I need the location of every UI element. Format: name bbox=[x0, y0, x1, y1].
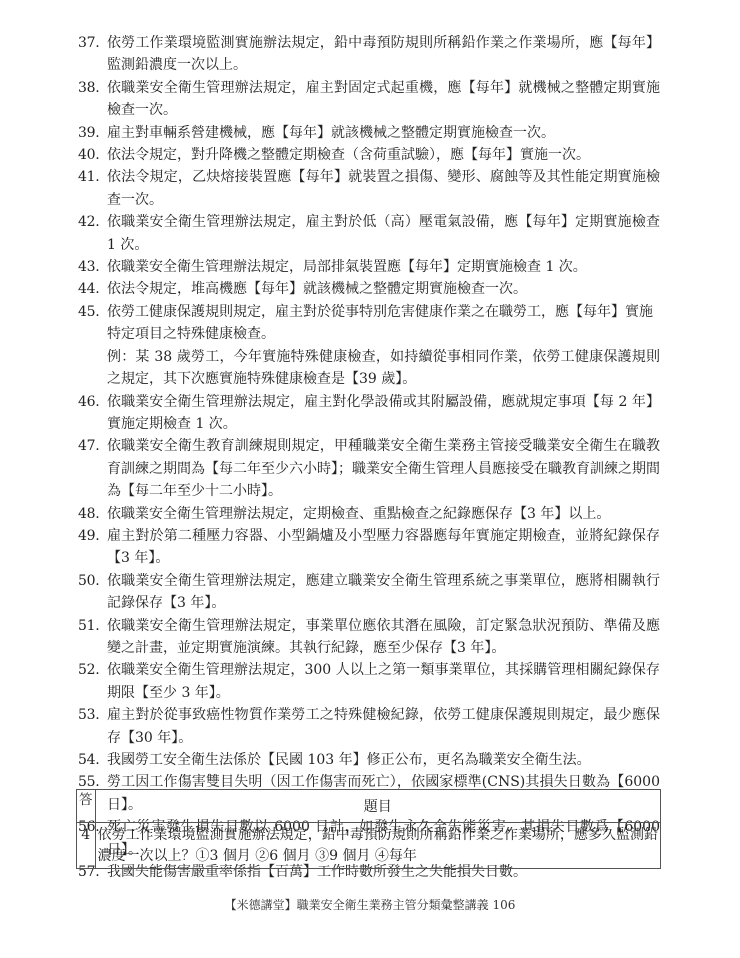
item-number: 39. bbox=[78, 122, 107, 144]
list-item: 37.依勞工作業環境監測實施辦法規定，鉛中毒預防規則所稱鉛作業之作業場所，應【每… bbox=[78, 32, 660, 77]
item-text: 我國勞工安全衛生法係於【民國 103 年】修正公布，更名為職業安全衛生法。 bbox=[107, 749, 660, 771]
question-table: 答 題目 4 依勞工作業環境監測實施辦法規定，鉛中毒預防規則所稱鉛作業之作業場所… bbox=[76, 789, 661, 869]
item-number: 54. bbox=[78, 749, 107, 771]
list-item: 51.依職業安全衛生管理辦法規定，事業單位應依其潛在風險，訂定緊急狀況預防、準備… bbox=[78, 615, 660, 660]
list-item: 38.依職業安全衛生管理辦法規定，雇主對固定式起重機，應【每年】就機械之整體定期… bbox=[78, 77, 660, 122]
item-text: 依勞工健康保護規則規定，雇主對於從事特別危害健康作業之在職勞工，應【每年】實施 bbox=[107, 301, 660, 323]
item-text: 依職業安全衛生管理辦法規定，300 人以上之第一類事業單位，其採購管理相關紀錄保… bbox=[107, 659, 660, 704]
item-number: 50. bbox=[78, 570, 107, 615]
question-column-header: 題目 bbox=[95, 790, 661, 823]
item-text: 依職業安全衛生管理辦法規定，雇主對於低（高）壓電氣設備，應【每年】定期實施檢查 … bbox=[107, 211, 660, 256]
list-item: 39.雇主對車輛系營建機械，應【每年】就該機械之整體定期實施檢查一次。 bbox=[78, 122, 660, 144]
example-text: 例：某 38 歲勞工，今年實施特殊健康檢查，如持續從事相同作業，依勞工健康保護規… bbox=[107, 346, 660, 391]
item-number: 51. bbox=[78, 615, 107, 660]
item-text: 特定項目之特殊健康檢查。 bbox=[107, 323, 660, 345]
answer-column-header: 答 bbox=[77, 790, 96, 823]
item-text: 依職業安全衛生管理辦法規定，應建立職業安全衛生管理系統之事業單位，應將相關執行記… bbox=[107, 570, 660, 615]
list-item: 50.依職業安全衛生管理辦法規定，應建立職業安全衛生管理系統之事業單位，應將相關… bbox=[78, 570, 660, 615]
list-item: 52.依職業安全衛生管理辦法規定，300 人以上之第一類事業單位，其採購管理相關… bbox=[78, 659, 660, 704]
item-number: 38. bbox=[78, 77, 107, 122]
item-text: 依職業安全衛生教育訓練規則規定，甲種職業安全衛生業務主管接受職業安全衛生在職教育… bbox=[107, 435, 660, 502]
item-number: 42. bbox=[78, 211, 107, 256]
item-text: 依職業安全衛生管理辦法規定，局部排氣裝置應【每年】定期實施檢查 1 次。 bbox=[107, 256, 660, 278]
table-header-row: 答 題目 bbox=[77, 790, 661, 823]
item-number: 52. bbox=[78, 659, 107, 704]
item-text: 依法令規定，堆高機應【每年】就該機械之整體定期實施檢查一次。 bbox=[107, 278, 660, 300]
item-number: 47. bbox=[78, 435, 107, 502]
page-footer: 【米德講堂】職業安全衛生業務主管分類彙整講義 106 bbox=[0, 896, 740, 913]
document-page: 37.依勞工作業環境監測實施辦法規定，鉛中毒預防規則所稱鉛作業之作業場所，應【每… bbox=[0, 0, 740, 958]
table-row: 4 依勞工作業環境監測實施辦法規定，鉛中毒預防規則所稱鉛作業之作業場所，應多久監… bbox=[77, 823, 661, 869]
item-text: 依法令規定，對升降機之整體定期檢查（含荷重試驗），應【每年】實施一次。 bbox=[107, 144, 660, 166]
list-item: 48.依職業安全衛生管理辦法規定，定期檢查、重點檢查之紀錄應保存【3 年】以上。 bbox=[78, 503, 660, 525]
item-text: 依勞工作業環境監測實施辦法規定，鉛中毒預防規則所稱鉛作業之作業場所，應【每年】監… bbox=[107, 32, 660, 77]
item-text: 依職業安全衛生管理辦法規定，定期檢查、重點檢查之紀錄應保存【3 年】以上。 bbox=[107, 503, 660, 525]
item-number: 45. bbox=[78, 301, 107, 391]
item-text: 依法令規定，乙炔熔接裝置應【每年】就裝置之損傷、變形、腐蝕等及其性能定期實施檢查… bbox=[107, 166, 660, 211]
item-number: 43. bbox=[78, 256, 107, 278]
question-cell: 依勞工作業環境監測實施辦法規定，鉛中毒預防規則所稱鉛作業之作業場所，應多久監測鉛… bbox=[95, 823, 661, 869]
item-text: 依職業安全衛生管理辦法規定，雇主對固定式起重機，應【每年】就機械之整體定期實施檢… bbox=[107, 77, 660, 122]
list-item: 47.依職業安全衛生教育訓練規則規定，甲種職業安全衛生業務主管接受職業安全衛生在… bbox=[78, 435, 660, 502]
list-item: 43.依職業安全衛生管理辦法規定，局部排氣裝置應【每年】定期實施檢查 1 次。 bbox=[78, 256, 660, 278]
list-item: 41.依法令規定，乙炔熔接裝置應【每年】就裝置之損傷、變形、腐蝕等及其性能定期實… bbox=[78, 166, 660, 211]
item-text: 依職業安全衛生管理辦法規定，雇主對化學設備或其附屬設備，應就規定事項【每 2 年… bbox=[107, 391, 660, 436]
item-text: 雇主對於第二種壓力容器、小型鍋爐及小型壓力容器應每年實施定期檢查，並將紀錄保存【… bbox=[107, 525, 660, 570]
regulation-list: 37.依勞工作業環境監測實施辦法規定，鉛中毒預防規則所稱鉛作業之作業場所，應【每… bbox=[78, 32, 660, 883]
list-item: 54.我國勞工安全衛生法係於【民國 103 年】修正公布，更名為職業安全衛生法。 bbox=[78, 749, 660, 771]
item-number: 53. bbox=[78, 704, 107, 749]
item-number: 46. bbox=[78, 391, 107, 436]
item-number: 37. bbox=[78, 32, 107, 77]
item-text: 雇主對車輛系營建機械，應【每年】就該機械之整體定期實施檢查一次。 bbox=[107, 122, 660, 144]
item-number: 44. bbox=[78, 278, 107, 300]
item-number: 49. bbox=[78, 525, 107, 570]
list-item: 44.依法令規定，堆高機應【每年】就該機械之整體定期實施檢查一次。 bbox=[78, 278, 660, 300]
item-number: 41. bbox=[78, 166, 107, 211]
item-number: 48. bbox=[78, 503, 107, 525]
list-item: 46.依職業安全衛生管理辦法規定，雇主對化學設備或其附屬設備，應就規定事項【每 … bbox=[78, 391, 660, 436]
item-text: 依職業安全衛生管理辦法規定，事業單位應依其潛在風險，訂定緊急狀況預防、準備及應變… bbox=[107, 615, 660, 660]
list-item: 40.依法令規定，對升降機之整體定期檢查（含荷重試驗），應【每年】實施一次。 bbox=[78, 144, 660, 166]
list-item: 53.雇主對於從事致癌性物質作業勞工之特殊健檢紀錄，依勞工健康保護規則規定，最少… bbox=[78, 704, 660, 749]
item-text: 雇主對於從事致癌性物質作業勞工之特殊健檢紀錄，依勞工健康保護規則規定，最少應保存… bbox=[107, 704, 660, 749]
item-number: 40. bbox=[78, 144, 107, 166]
list-item: 49.雇主對於第二種壓力容器、小型鍋爐及小型壓力容器應每年實施定期檢查，並將紀錄… bbox=[78, 525, 660, 570]
list-item: 45.依勞工健康保護規則規定，雇主對於從事特別危害健康作業之在職勞工，應【每年】… bbox=[78, 301, 660, 391]
list-item: 42.依職業安全衛生管理辦法規定，雇主對於低（高）壓電氣設備，應【每年】定期實施… bbox=[78, 211, 660, 256]
answer-cell: 4 bbox=[77, 823, 96, 869]
